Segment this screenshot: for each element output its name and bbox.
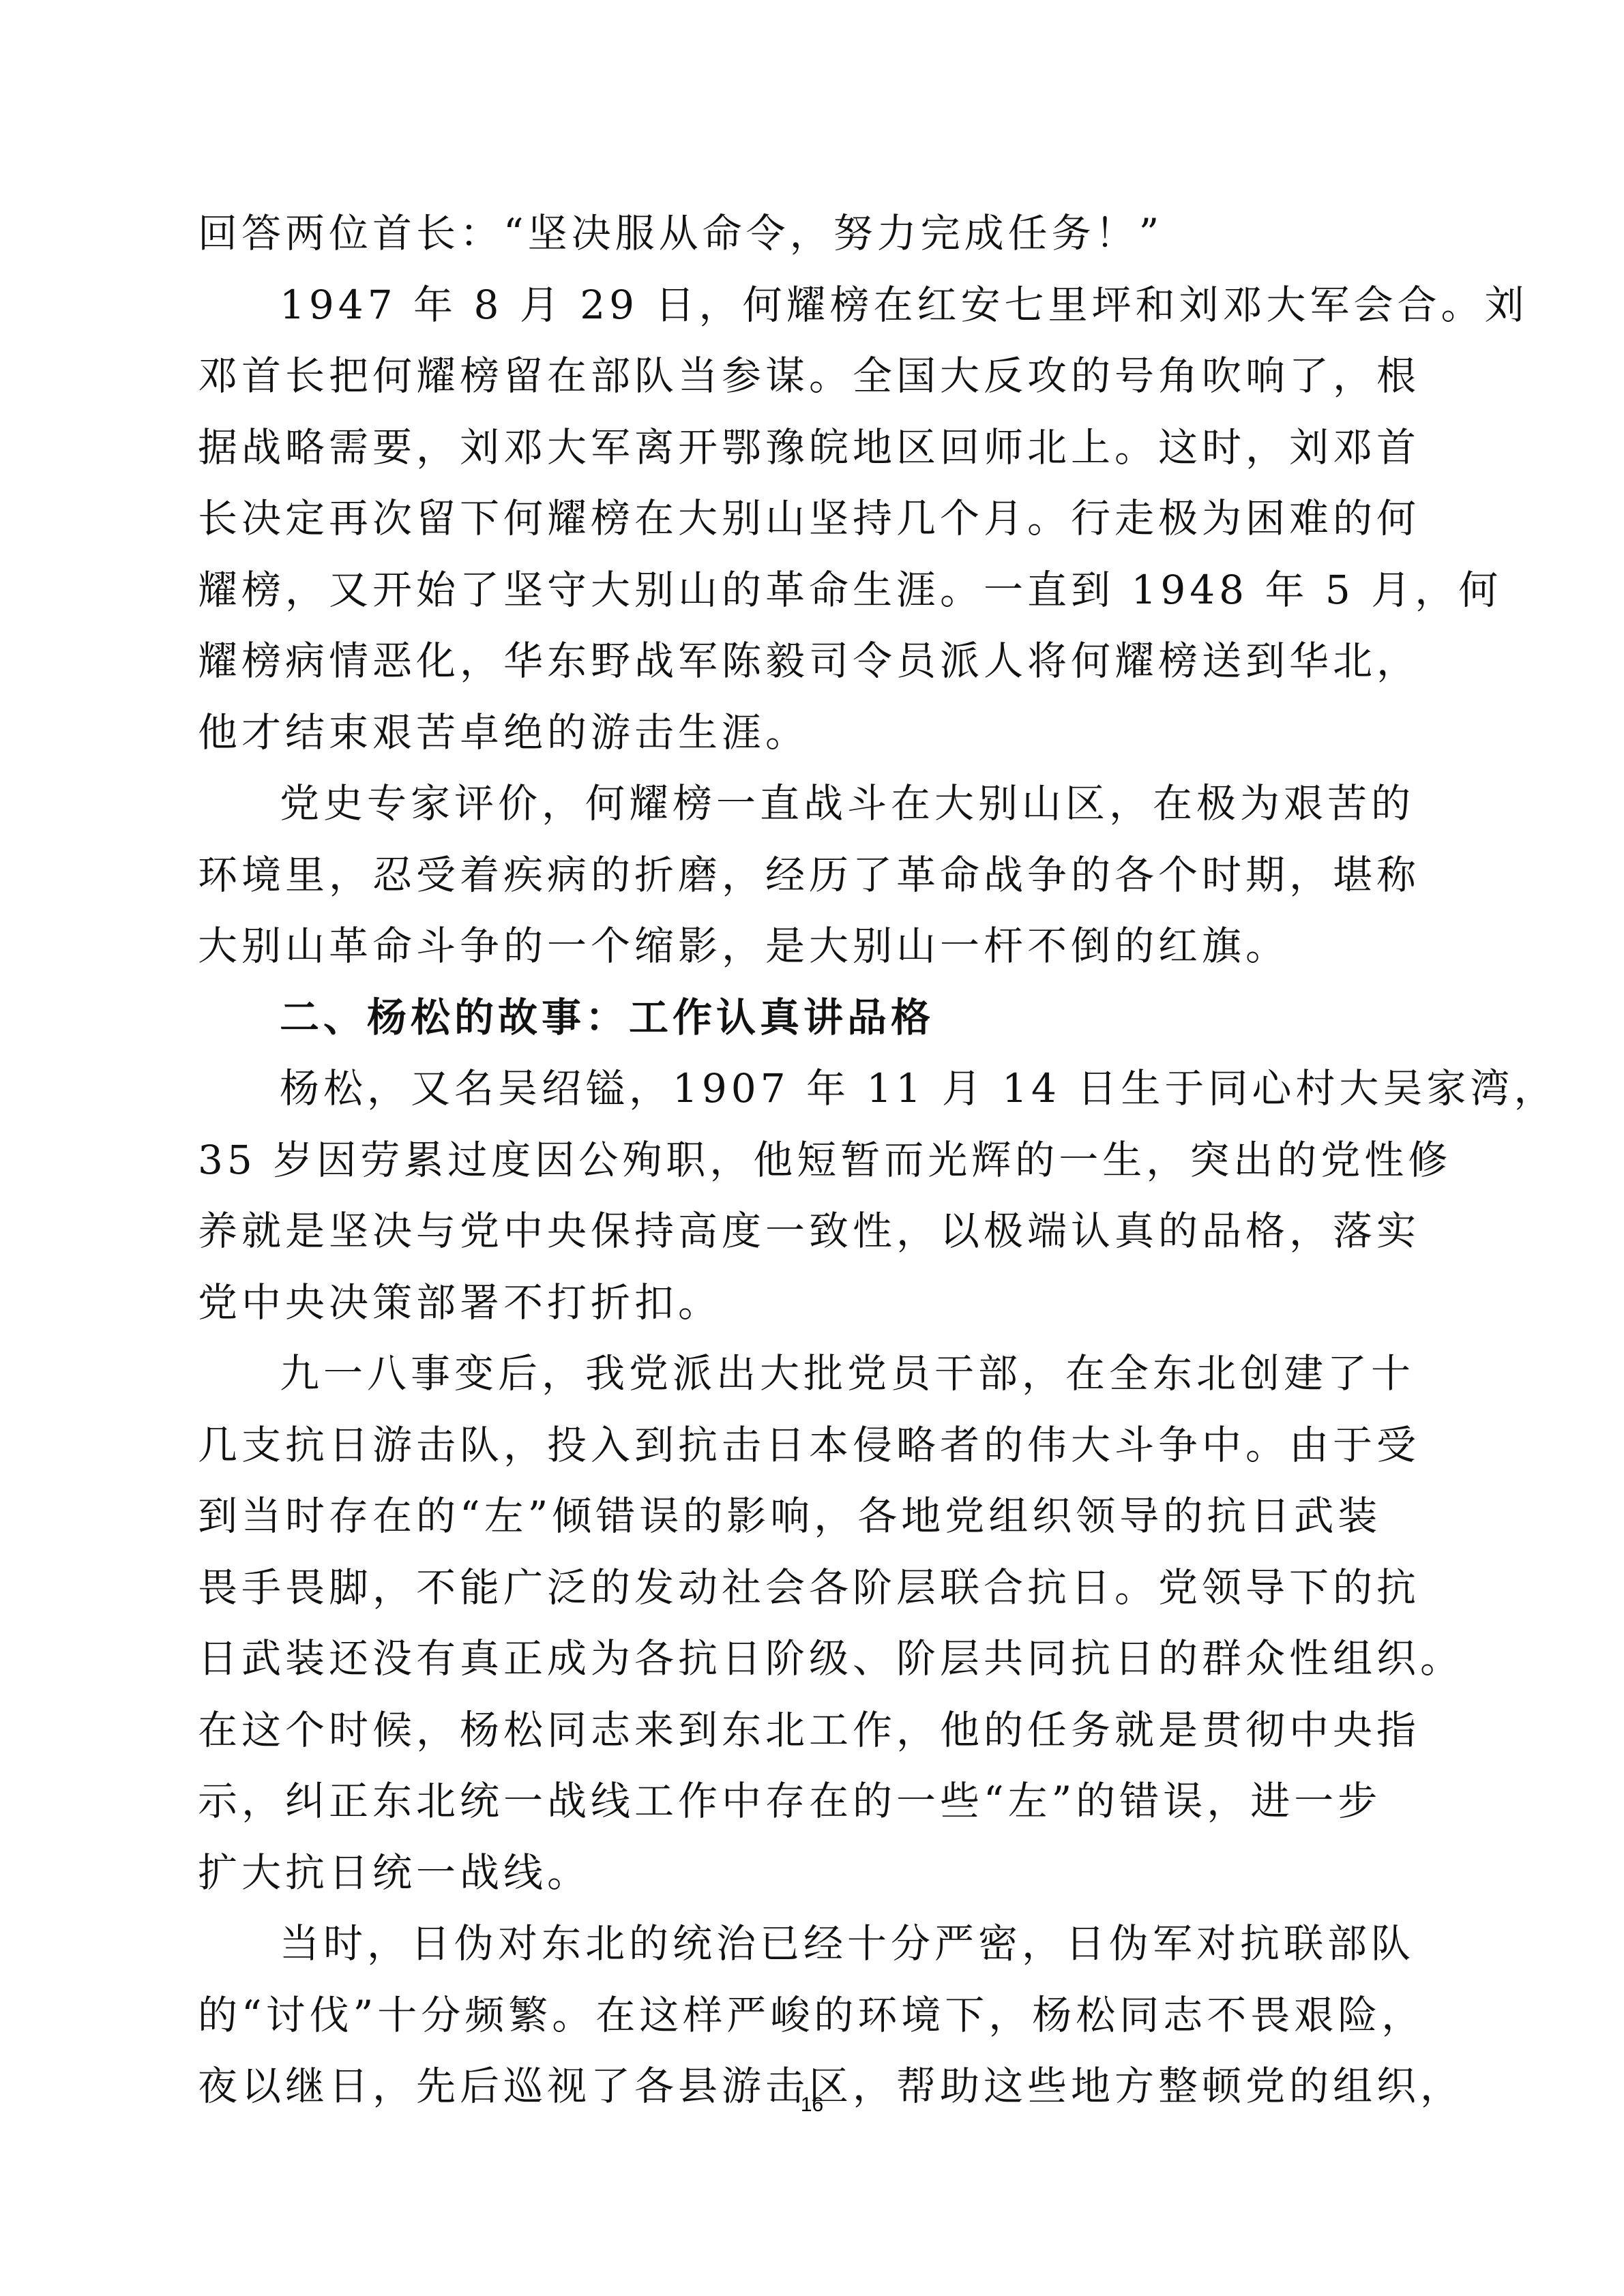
text-line: 回答两位首长：“坚决服从命令，努力完成任务！”: [198, 198, 1432, 269]
page-number: 16: [0, 2093, 1624, 2117]
body-text: 回答两位首长：“坚决服从命令，努力完成任务！” 1947 年 8 月 29 日，…: [198, 198, 1432, 2122]
text-line: 日武装还没有真正成为各抗日阶级、阶层共同抗日的群众性组织。: [198, 1623, 1432, 1695]
text-line: 长决定再次留下何耀榜在大别山坚持几个月。行走极为困难的何: [198, 483, 1432, 554]
text-line: 耀榜，又开始了坚守大别山的革命生涯。一直到 1948 年 5 月，何: [198, 554, 1432, 626]
text-line: 当时，日伪对东北的统治已经十分严密，日伪军对抗联部队: [198, 1908, 1432, 1980]
text-line: 养就是坚决与党中央保持高度一致性，以极端认真的品格，落实: [198, 1195, 1432, 1267]
text-line: 据战略需要，刘邓大军离开鄂豫皖地区回师北上。这时，刘邓首: [198, 412, 1432, 483]
text-line: 党史专家评价，何耀榜一直战斗在大别山区，在极为艰苦的: [198, 768, 1432, 839]
text-line: 到当时存在的“左”倾错误的影响，各地党组织领导的抗日武装: [198, 1480, 1432, 1552]
text-line: 示，纠正东北统一战线工作中存在的一些“左”的错误，进一步: [198, 1765, 1432, 1837]
text-line: 杨松，又名吴绍镒，1907 年 11 月 14 日生于同心村大吴家湾，: [198, 1053, 1432, 1124]
document-page: 回答两位首长：“坚决服从命令，努力完成任务！” 1947 年 8 月 29 日，…: [0, 0, 1624, 2296]
text-line: 环境里，忍受着疾病的折磨，经历了革命战争的各个时期，堪称: [198, 839, 1432, 911]
text-line: 邓首长把何耀榜留在部队当参谋。全国大反攻的号角吹响了，根: [198, 340, 1432, 412]
section-heading: 二、杨松的故事：工作认真讲品格: [198, 982, 1432, 1054]
text-line: 1947 年 8 月 29 日，何耀榜在红安七里坪和刘邓大军会合。刘: [198, 269, 1432, 341]
text-line: 的“讨伐”十分频繁。在这样严峻的环境下，杨松同志不畏艰险，: [198, 1980, 1432, 2051]
text-line: 他才结束艰苦卓绝的游击生涯。: [198, 697, 1432, 769]
text-line: 扩大抗日统一战线。: [198, 1837, 1432, 1909]
text-line: 畏手畏脚，不能广泛的发动社会各阶层联合抗日。党领导下的抗: [198, 1552, 1432, 1624]
text-line: 35 岁因劳累过度因公殉职，他短暂而光辉的一生，突出的党性修: [198, 1124, 1432, 1196]
text-line: 大别山革命斗争的一个缩影，是大别山一杆不倒的红旗。: [198, 910, 1432, 982]
text-line: 在这个时候，杨松同志来到东北工作，他的任务就是贯彻中央指: [198, 1695, 1432, 1766]
text-line: 耀榜病情恶化，华东野战军陈毅司令员派人将何耀榜送到华北，: [198, 625, 1432, 697]
text-line: 几支抗日游击队，投入到抗击日本侵略者的伟大斗争中。由于受: [198, 1410, 1432, 1481]
text-line: 党中央决策部署不打折扣。: [198, 1267, 1432, 1339]
text-line: 九一八事变后，我党派出大批党员干部，在全东北创建了十: [198, 1338, 1432, 1410]
